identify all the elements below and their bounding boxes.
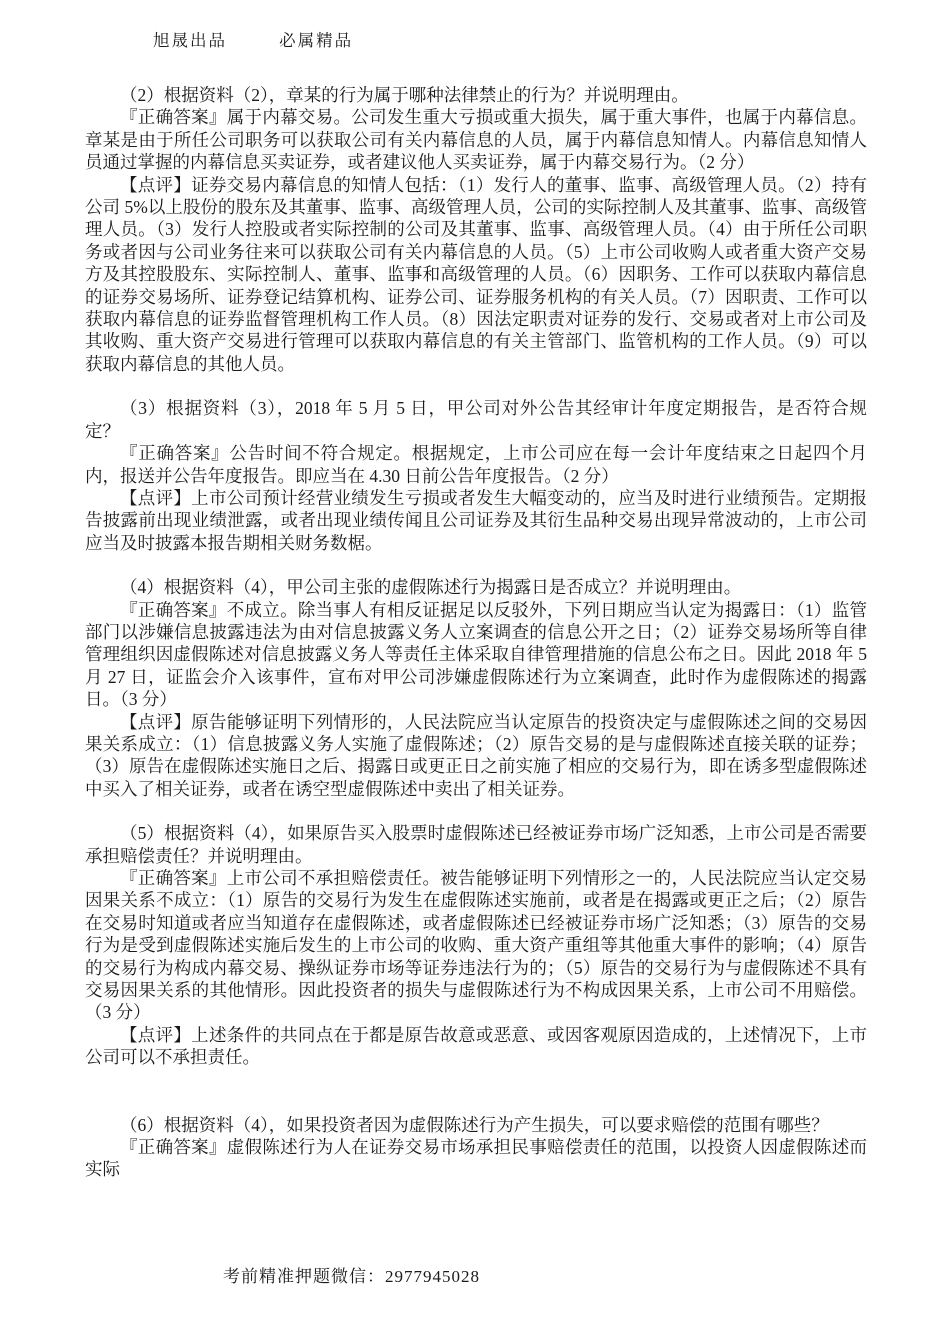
comment-text: 【点评】上市公司预计经营业绩发生亏损或者发生大幅变动的，应当及时进行业绩预告。定… [85, 487, 867, 554]
question-text: （3）根据资料（3），2018 年 5 月 5 日，甲公司对外公告其经审计年度定… [85, 397, 867, 442]
answer-text: 『正确答案』公告时间不符合规定。根据规定，上市公司应在每一会计年度结束之日起四个… [85, 442, 867, 487]
qa-block-3: （3）根据资料（3），2018 年 5 月 5 日，甲公司对外公告其经审计年度定… [85, 397, 867, 554]
qa-block-4: （4）根据资料（4），甲公司主张的虚假陈述行为揭露日是否成立？并说明理由。 『正… [85, 576, 867, 800]
comment-text: 【点评】上述条件的共同点在于都是原告故意或恶意、或因客观原因造成的，上述情况下，… [85, 1024, 867, 1069]
page-footer: 考前精准押题微信：2977945028 [223, 1262, 480, 1287]
qa-block-5: （5）根据资料（4），如果原告买入股票时虚假陈述已经被证券市场广泛知悉，上市公司… [85, 822, 867, 1068]
answer-text: 『正确答案』属于内幕交易。公司发生重大亏损或重大损失，属于重大事件，也属于内幕信… [85, 106, 867, 173]
qa-block-2: （2）根据资料（2），章某的行为属于哪种法律禁止的行为？并说明理由。 『正确答案… [85, 84, 867, 375]
answer-text: 『正确答案』不成立。除当事人有相反证据足以反驳外，下列日期应当认定为揭露日：（1… [85, 599, 867, 711]
question-text: （6）根据资料（4），如果投资者因为虚假陈述行为产生损失，可以要求赔偿的范围有哪… [85, 1114, 867, 1136]
answer-text: 『正确答案』上市公司不承担赔偿责任。被告能够证明下列情形之一的，人民法院应当认定… [85, 867, 867, 1024]
document-page: 旭晟出品 必属精品 （2）根据资料（2），章某的行为属于哪种法律禁止的行为？并说… [0, 0, 950, 1344]
header-slogan-text: 必属精品 [279, 31, 353, 50]
page-header: 旭晟出品 必属精品 [153, 27, 353, 51]
header-brand-text: 旭晟出品 [153, 31, 227, 50]
question-text: （4）根据资料（4），甲公司主张的虚假陈述行为揭露日是否成立？并说明理由。 [85, 576, 867, 598]
document-body: （2）根据资料（2），章某的行为属于哪种法律禁止的行为？并说明理由。 『正确答案… [85, 84, 867, 1181]
footer-contact-text: 考前精准押题微信：2977945028 [223, 1267, 480, 1286]
comment-text: 【点评】原告能够证明下列情形的，人民法院应当认定原告的投资决定与虚假陈述之间的交… [85, 711, 867, 801]
qa-block-6: （6）根据资料（4），如果投资者因为虚假陈述行为产生损失，可以要求赔偿的范围有哪… [85, 1114, 867, 1181]
question-text: （5）根据资料（4），如果原告买入股票时虚假陈述已经被证券市场广泛知悉，上市公司… [85, 822, 867, 867]
question-text: （2）根据资料（2），章某的行为属于哪种法律禁止的行为？并说明理由。 [85, 84, 867, 106]
comment-text: 【点评】证券交易内幕信息的知情人包括：（1）发行人的董事、监事、高级管理人员。（… [85, 174, 867, 376]
answer-text: 『正确答案』虚假陈述行为人在证券交易市场承担民事赔偿责任的范围，以投资人因虚假陈… [85, 1136, 867, 1181]
